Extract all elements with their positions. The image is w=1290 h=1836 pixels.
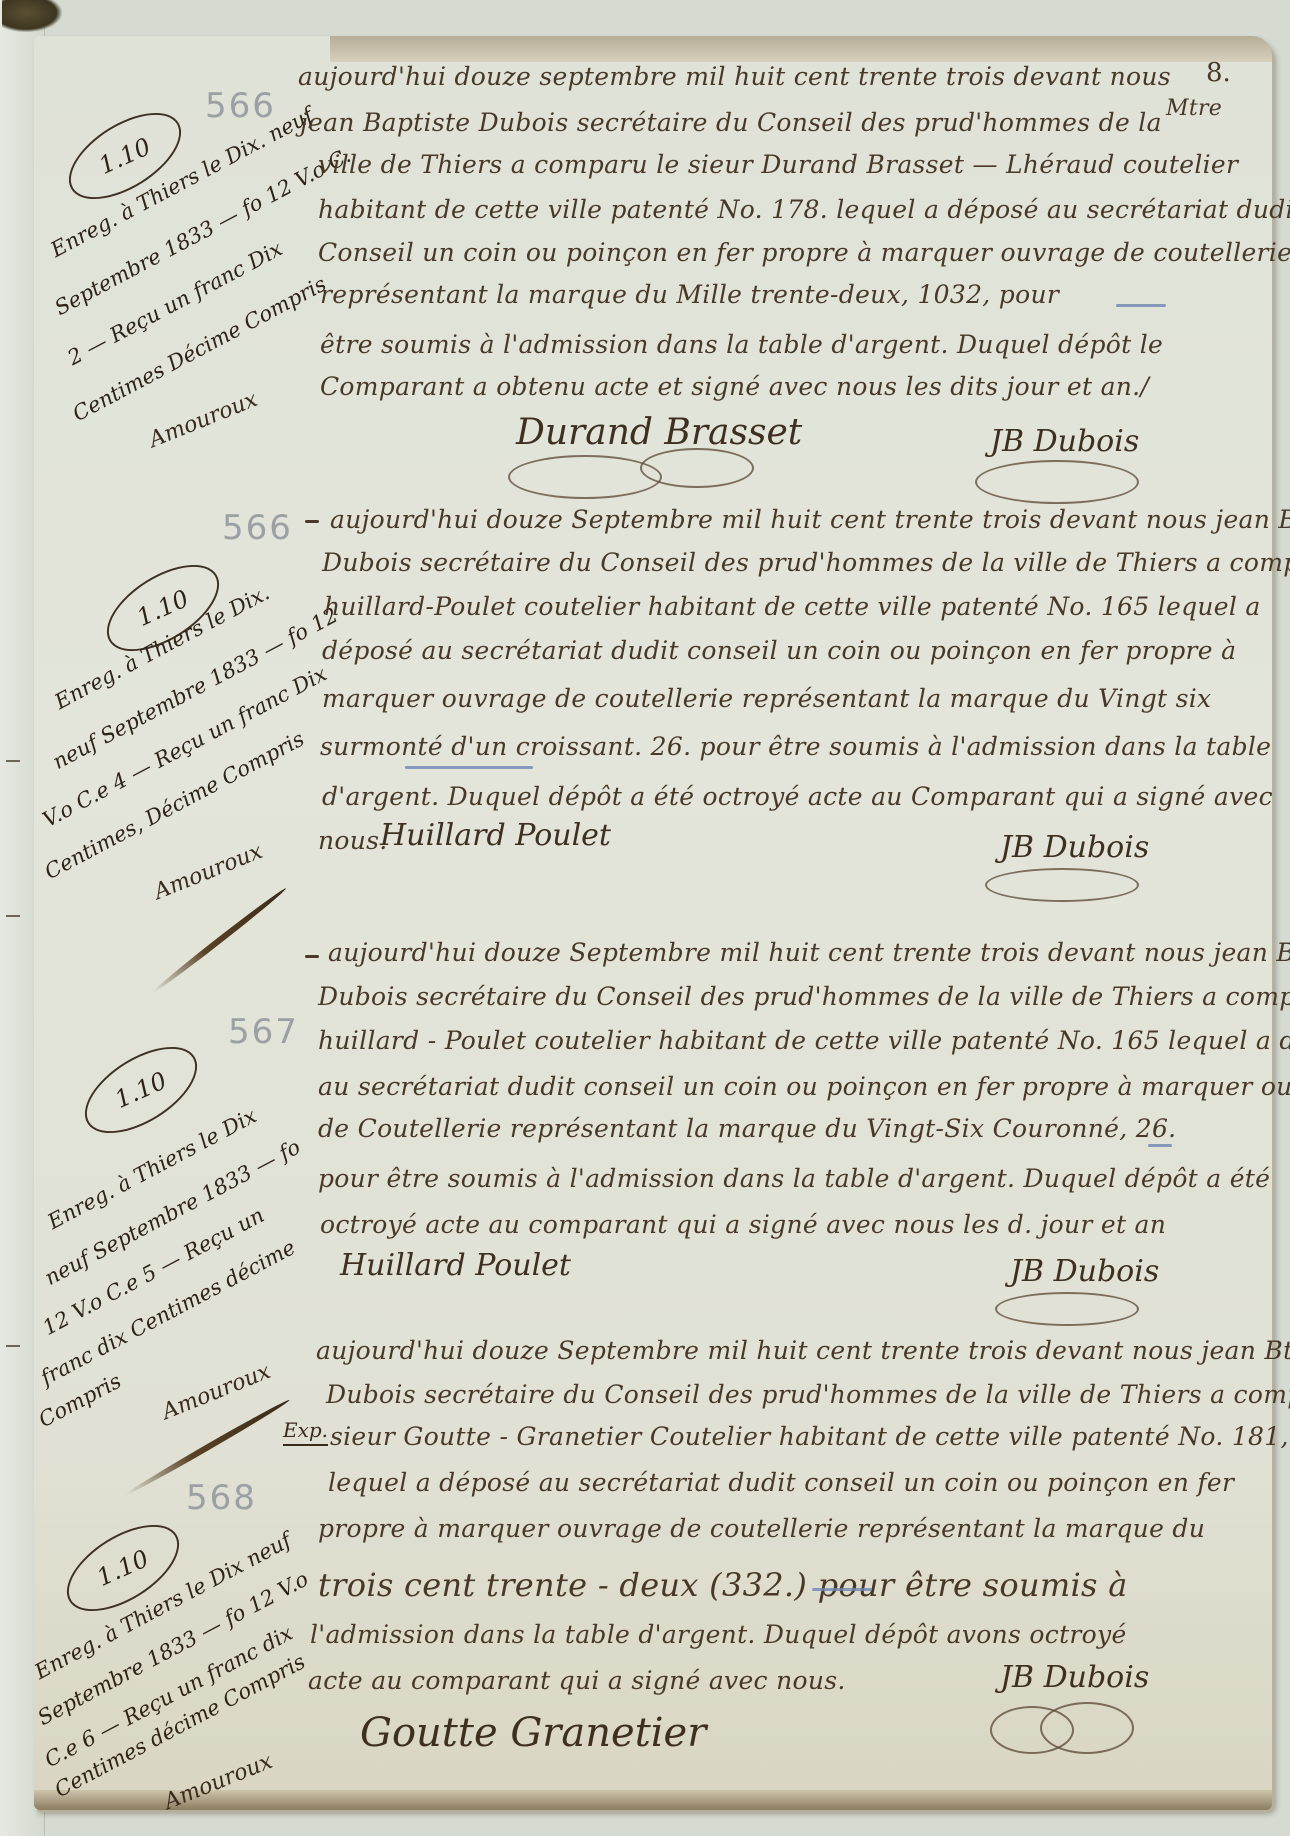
entry-text-line: Dubois secrétaire du Conseil des prud'ho… [326,1380,1290,1409]
signature-comparant: Goutte Granetier [360,1710,706,1756]
signature-secretary: JB Dubois [1000,830,1149,865]
entry-text-line: déposé au secrétariat dudit conseil un c… [322,636,1236,665]
signature-comparant: Durand Brasset [516,412,802,453]
entry-text-line: marquer ouvrage de coutellerie représent… [322,684,1211,713]
record-number: 568 [186,1478,257,1518]
entry-text-line: d'argent. Duquel dépôt a été octroyé act… [322,782,1273,811]
signature-comparant: Huillard Poulet [380,818,611,853]
entry-text-line: ville de Thiers a comparu le sieur Duran… [318,150,1238,179]
entry-text-line: octroyé acte au comparant qui a signé av… [320,1210,1166,1239]
page-number: 8. [1206,58,1231,88]
tax-amount: 1.10 [111,1066,171,1113]
entry-text-line: de Coutellerie représentant la marque du… [318,1114,1176,1143]
entry-text-line: sieur Goutte - Granetier Coutelier habit… [330,1422,1289,1451]
record-number: 566 [222,508,293,548]
blue-pencil-underline [1148,1144,1172,1147]
entry-dash [305,955,319,958]
entry-text-line: trois cent trente - deux (332.) pour êtr… [318,1566,1128,1604]
tax-amount: 1.10 [95,132,155,179]
blue-pencil-underline [1116,304,1166,307]
signature-secretary: JB Dubois [1010,1254,1159,1289]
entry-text-line: aujourd'hui douze Septembre mil huit cen… [328,938,1290,967]
blue-pencil-underline [812,1588,872,1591]
signature-comparant: Huillard Poulet [340,1248,571,1283]
entry-text-line: Conseil un coin ou poinçon en fer propre… [318,238,1290,267]
exp-annotation: Exp. [283,1418,328,1446]
page-top-edge [330,36,1272,62]
entry-text-line: être soumis à l'admission dans la table … [320,330,1163,359]
signature-flourish [995,1292,1139,1326]
record-number: 566 [205,86,276,126]
entry-text-line: aujourd'hui douze Septembre mil huit cen… [330,505,1290,534]
entry-text-line: aujourd'hui douze septembre mil huit cen… [298,62,1171,91]
entry-text-line: l'admission dans la table d'argent. Duqu… [310,1620,1127,1649]
margin-tick [6,760,20,762]
margin-tick [6,915,20,917]
entry-text-line: surmonté d'un croissant. 26. pour être s… [320,732,1271,761]
signature-secretary: JB Dubois [990,424,1139,459]
entry-text-line: représentant la marque du Mille trente-d… [320,280,1059,309]
record-number: 567 [228,1012,299,1052]
signature-flourish [508,455,662,499]
binding-thread [2,0,62,32]
entry-text-line: au secrétariat dudit conseil un coin ou … [318,1072,1290,1101]
entry-dash [305,520,319,523]
entry-text-line: huillard - Poulet coutelier habitant de … [318,1026,1290,1055]
entry-text-line: pour être soumis à l'admission dans la t… [318,1164,1270,1193]
entry-text-line: huillard-Poulet coutelier habitant de ce… [324,592,1261,621]
entry-text-line: aujourd'hui douze Septembre mil huit cen… [316,1336,1290,1365]
signature-flourish [1040,1702,1134,1754]
margin-tick [6,1345,20,1347]
entry-text-line: acte au comparant qui a signé avec nous. [308,1666,846,1695]
entry-text-line: Dubois secrétaire du Conseil des prud'ho… [318,982,1290,1011]
header-mark: Mtre [1166,96,1222,121]
entry-text-line: Dubois secrétaire du Conseil des prud'ho… [322,548,1290,577]
entry-text-line: Comparant a obtenu acte et signé avec no… [320,372,1149,401]
entry-text-line: propre à marquer ouvrage de coutellerie … [318,1514,1205,1543]
entry-text-line: jean Baptiste Dubois secrétaire du Conse… [300,108,1162,137]
signature-flourish [985,868,1139,902]
entry-text-line: lequel a déposé au secrétariat dudit con… [328,1468,1234,1497]
signature-secretary: JB Dubois [1000,1660,1149,1695]
entry-text-line: nous. [318,826,388,855]
signature-flourish [975,460,1139,504]
blue-pencil-underline [405,766,533,769]
signature-flourish [640,448,754,488]
tax-amount: 1.10 [93,1544,153,1591]
entry-text-line: habitant de cette ville patenté No. 178.… [318,195,1290,224]
